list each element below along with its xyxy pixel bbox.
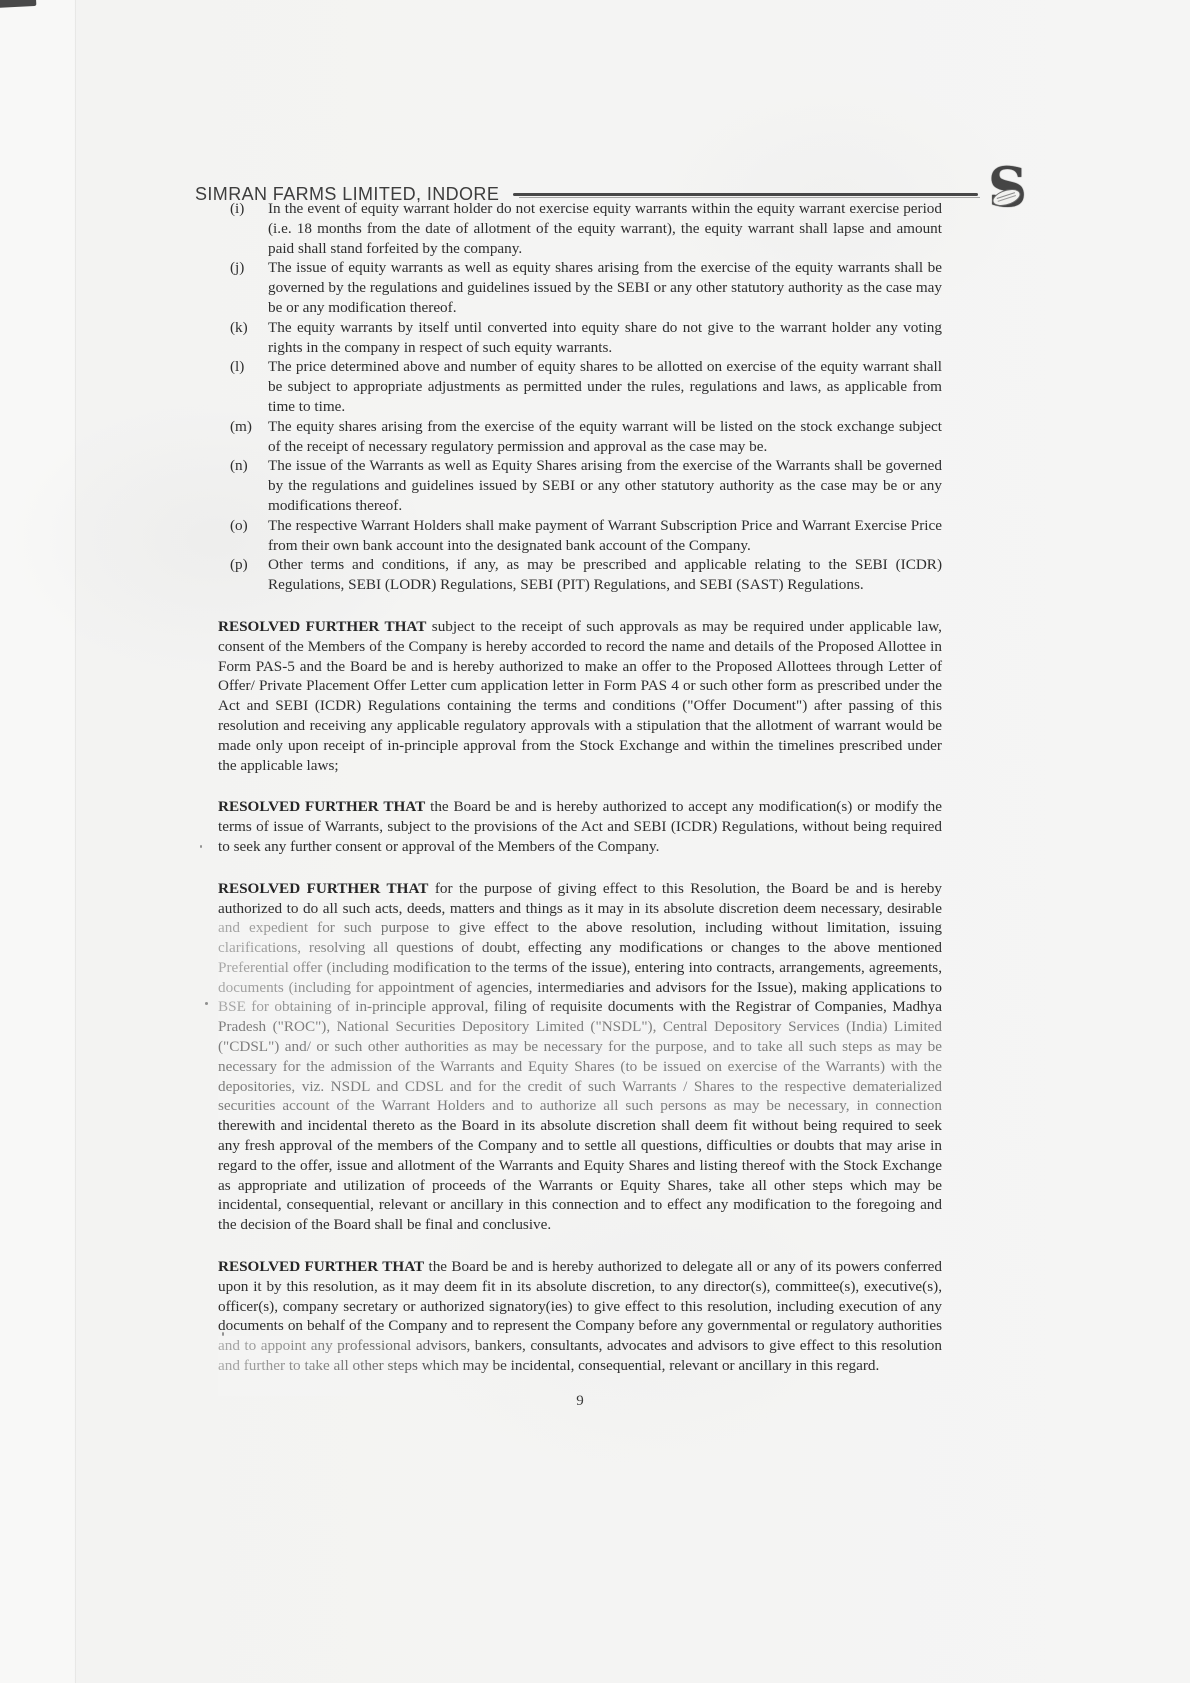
clause-text: The equity shares arising from the exerc… [268, 417, 942, 457]
clause-text: Other terms and conditions, if any, as m… [268, 555, 942, 595]
clause-label: (n) [230, 456, 268, 515]
resolution-paragraph-3: RESOLVED FURTHER THAT for the purpose of… [218, 879, 942, 1235]
resolution-text: the Board be and is hereby authorized to… [218, 1258, 942, 1374]
resolution-lead: RESOLVED FURTHER THAT [218, 618, 426, 635]
resolution-lead: RESOLVED FURTHER THAT [218, 1258, 424, 1275]
scan-speck [200, 845, 202, 848]
clause-label: (p) [230, 555, 268, 595]
resolution-lead: RESOLVED FURTHER THAT [218, 880, 428, 897]
resolution-text: subject to the receipt of such approvals… [218, 618, 942, 774]
scan-speck [222, 1332, 224, 1336]
resolution-paragraph-1: RESOLVED FURTHER THAT subject to the rec… [218, 617, 942, 775]
simran-logo-icon: S [988, 178, 1030, 224]
clause-item-n: (n) The issue of the Warrants as well as… [230, 456, 942, 515]
page-number: 9 [218, 1392, 942, 1412]
clause-item-l: (l) The price determined above and numbe… [230, 357, 942, 416]
resolution-paragraph-4: RESOLVED FURTHER THAT the Board be and i… [218, 1257, 942, 1376]
clause-item-o: (o) The respective Warrant Holders shall… [230, 516, 942, 556]
clause-label: (m) [230, 417, 268, 457]
clause-text: The respective Warrant Holders shall mak… [268, 516, 942, 556]
scan-speck [205, 1002, 208, 1005]
scan-fold-line [75, 0, 76, 1683]
clause-label: (i) [230, 199, 268, 258]
clause-item-j: (j) The issue of equity warrants as well… [230, 258, 942, 317]
clause-label: (o) [230, 516, 268, 556]
clause-item-k: (k) The equity warrants by itself until … [230, 318, 942, 358]
document-page: SIMRAN FARMS LIMITED, INDORE S (i) In th… [0, 0, 1190, 1683]
clause-label: (l) [230, 357, 268, 416]
clause-text: The price determined above and number of… [268, 357, 942, 416]
clause-text: The issue of the Warrants as well as Equ… [268, 456, 942, 515]
logo-letter: S [988, 160, 1027, 214]
clause-list: (i) In the event of equity warrant holde… [230, 199, 942, 595]
resolution-text: for the purpose of giving effect to this… [218, 880, 942, 1234]
clause-text: The issue of equity warrants as well as … [268, 258, 942, 317]
clause-label: (k) [230, 318, 268, 358]
clause-item-i: (i) In the event of equity warrant holde… [230, 199, 942, 258]
resolution-paragraph-2: RESOLVED FURTHER THAT the Board be and i… [218, 797, 942, 856]
clause-item-p: (p) Other terms and conditions, if any, … [230, 555, 942, 595]
clause-label: (j) [230, 258, 268, 317]
document-body: (i) In the event of equity warrant holde… [218, 199, 942, 1412]
clause-item-m: (m) The equity shares arising from the e… [230, 417, 942, 457]
clause-text: The equity warrants by itself until conv… [268, 318, 942, 358]
scan-corner-artifact [0, 0, 36, 8]
clause-text: In the event of equity warrant holder do… [268, 199, 942, 258]
resolution-lead: RESOLVED FURTHER THAT [218, 798, 425, 815]
